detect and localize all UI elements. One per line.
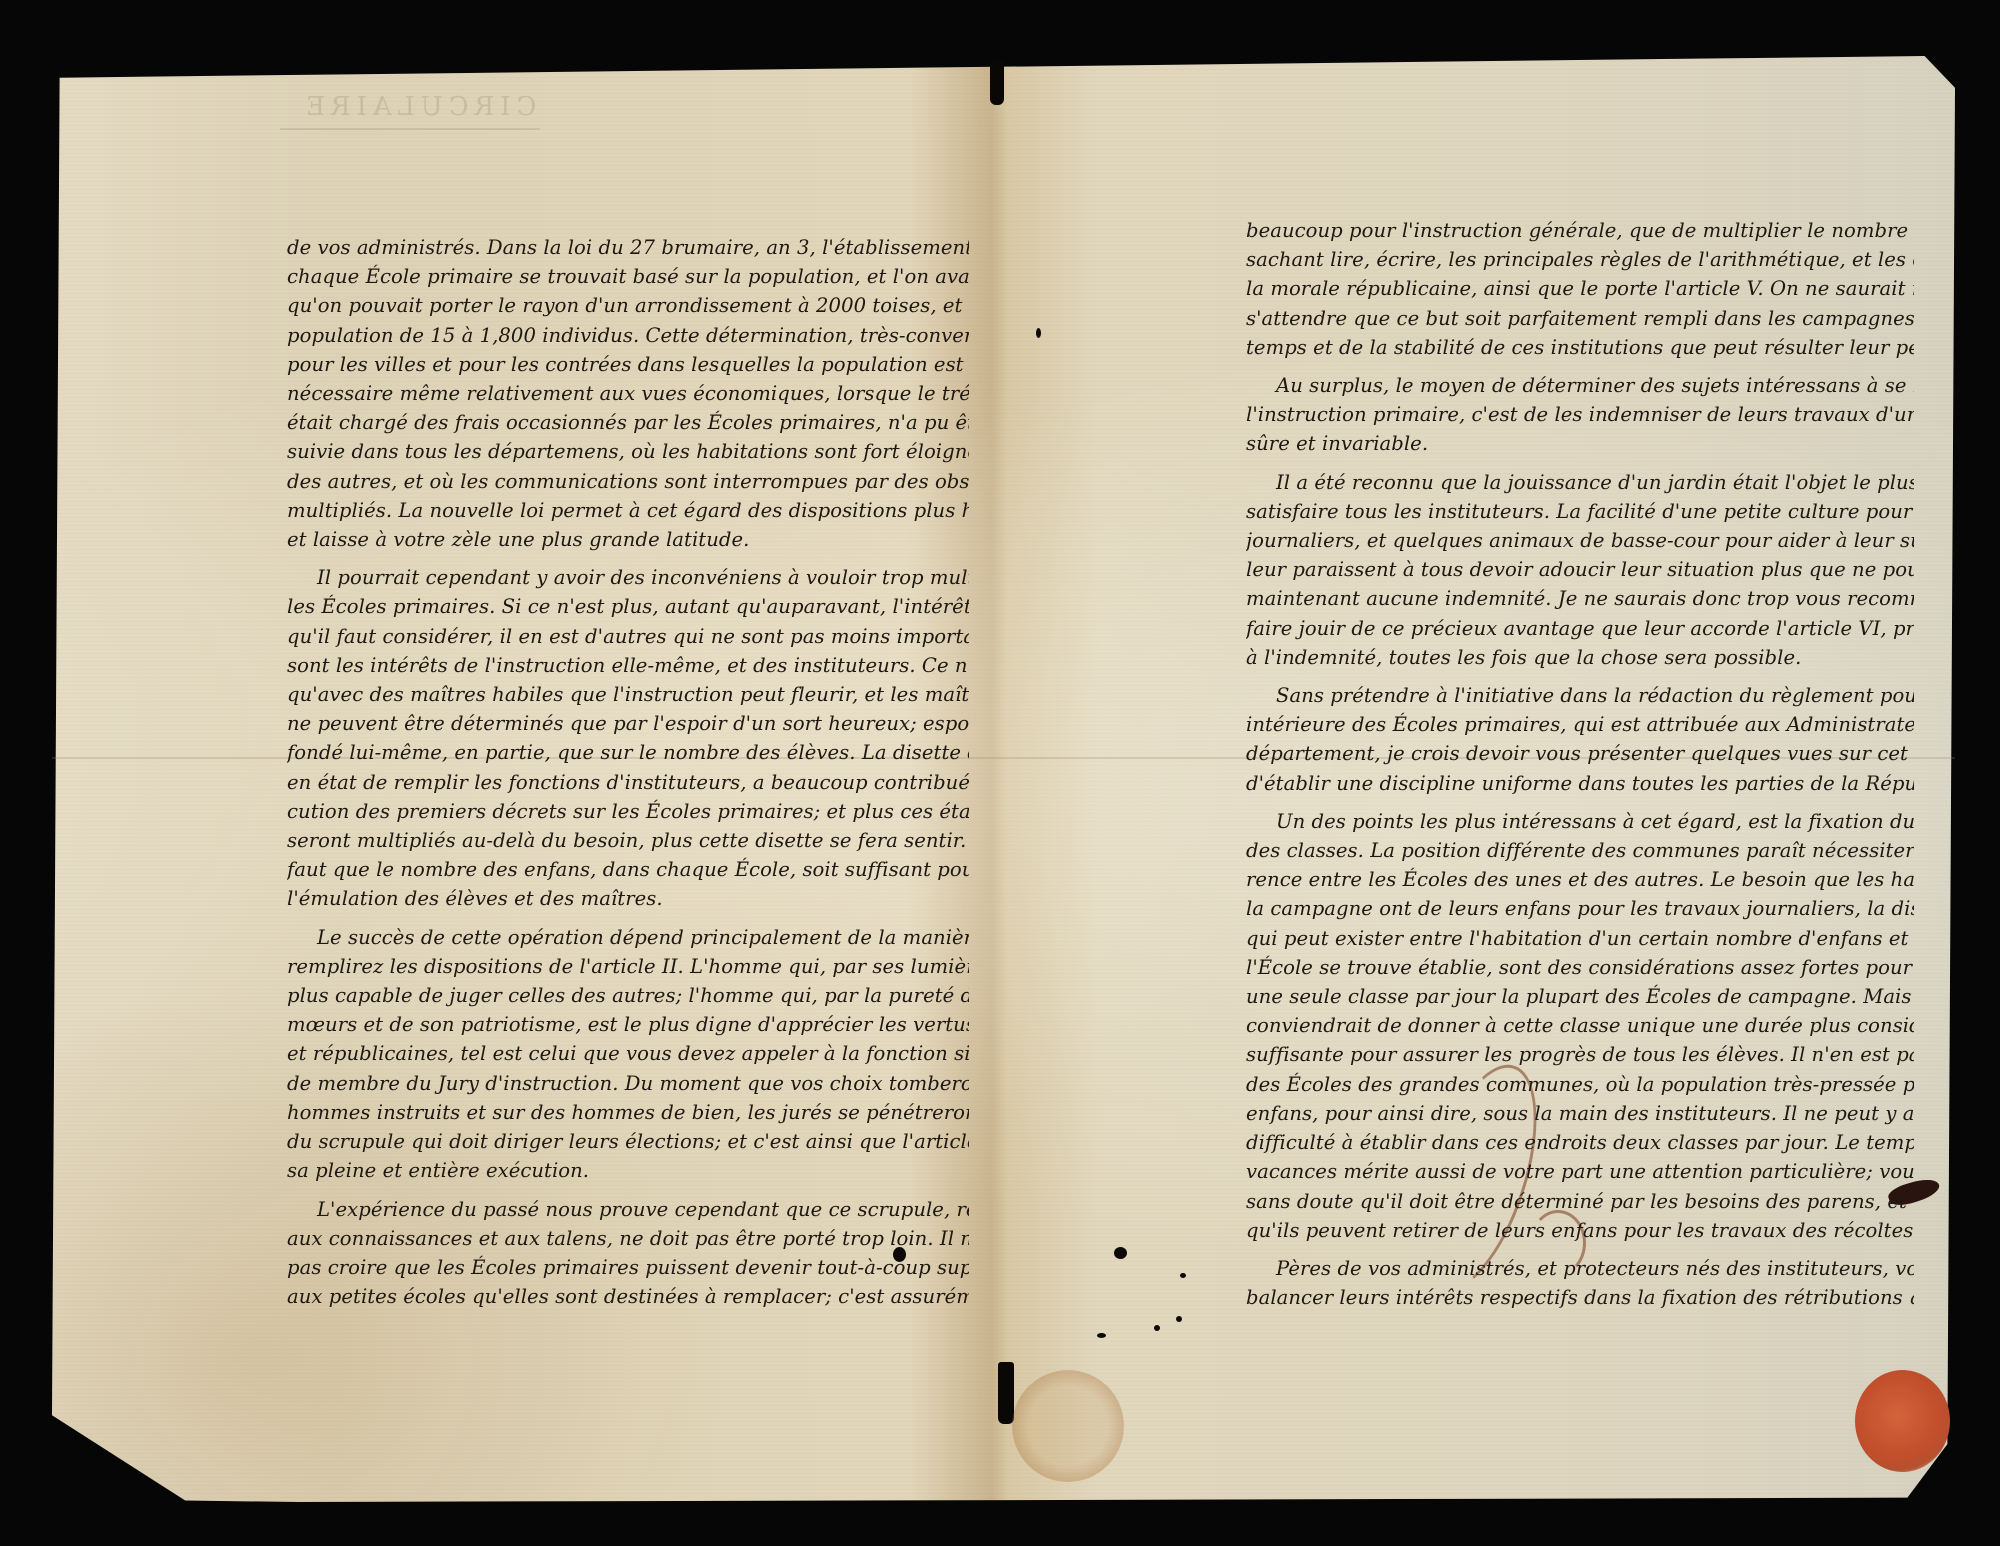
text-line: hommes instruits et sur des hommes de bi… [287,1098,969,1127]
text-line: maintenant aucune indemnité. Je ne saura… [1246,584,1914,613]
text-line: Au surplus, le moyen de déterminer des s… [1246,371,1914,400]
wormhole [1036,328,1041,338]
wormhole [1176,1316,1182,1322]
text-line: fondé lui-même, en partie, que sur le no… [287,738,969,767]
text-line: L'expérience du passé nous prouve cepend… [287,1195,969,1224]
text-line: pas croire que les Écoles primaires puis… [287,1253,969,1282]
paragraph: Au surplus, le moyen de déterminer des s… [1246,371,1914,459]
text-line: qu'ils peuvent retirer de leurs enfans p… [1246,1216,1914,1245]
gutter-tear-bottom [998,1362,1014,1424]
text-line: mœurs et de son patriotisme, est le plus… [287,1010,969,1039]
right-page-text: beaucoup pour l'instruction générale, qu… [1246,216,1914,1321]
paragraph: beaucoup pour l'instruction générale, qu… [1246,216,1914,362]
text-line: de vos administrés. Dans la loi du 27 br… [287,233,969,262]
text-line: des autres, et où les communications son… [287,467,969,496]
text-line: d'établir une discipline uniforme dans t… [1246,769,1914,798]
paragraph: L'expérience du passé nous prouve cepend… [287,1195,969,1312]
text-line: Pères de vos administrés, et protecteurs… [1246,1254,1914,1283]
text-line: multipliés. La nouvelle loi permet à cet… [287,496,969,525]
text-line: suffisante pour assurer les progrès de t… [1246,1040,1914,1069]
paragraph: Le succès de cette opération dépend prin… [287,923,969,1186]
text-line: les Écoles primaires. Si ce n'est plus, … [287,592,969,621]
paragraph: Un des points les plus intéressans à cet… [1246,807,1914,1245]
text-line: Le succès de cette opération dépend prin… [287,923,969,952]
text-line: suivie dans tous les départemens, où les… [287,437,969,466]
text-line: de membre du Jury d'instruction. Du mome… [287,1069,969,1098]
text-line: faire jouir de ce précieux avantage que … [1246,614,1914,643]
text-line: temps et de la stabilité de ces institut… [1246,333,1914,362]
text-line: et républicaines, tel est celui que vous… [287,1039,969,1068]
text-line: plus capable de juger celles des autres;… [287,981,969,1010]
text-line: des classes. La position différente des … [1246,836,1914,865]
wormhole [1114,1247,1127,1259]
text-line: sont les intérêts de l'instruction elle-… [287,651,969,680]
text-line: beaucoup pour l'instruction générale, qu… [1246,216,1914,245]
text-line: Un des points les plus intéressans à cet… [1246,807,1914,836]
text-line: des Écoles des grandes communes, où la p… [1246,1070,1914,1099]
text-line: département, je crois devoir vous présen… [1246,739,1914,768]
wormhole [1154,1325,1160,1331]
text-line: l'émulation des élèves et des maîtres. [287,884,969,913]
paragraph: Pères de vos administrés, et protecteurs… [1246,1254,1914,1312]
text-line: l'instruction primaire, c'est de les ind… [1246,400,1914,429]
text-line: sans doute qu'il doit être déterminé par… [1246,1187,1914,1216]
text-line: remplirez les dispositions de l'article … [287,952,969,981]
text-line: en état de remplir les fonctions d'insti… [287,768,969,797]
text-line: faut que le nombre des enfans, dans chaq… [287,855,969,884]
text-line: vacances mérite aussi de votre part une … [1246,1157,1914,1186]
text-line: une seule classe par jour la plupart des… [1246,982,1914,1011]
text-line: rence entre les Écoles des unes et des a… [1246,865,1914,894]
text-line: la morale républicaine, ainsi que le por… [1246,274,1914,303]
text-line: ne peuvent être déterminés que par l'esp… [287,709,969,738]
text-line: conviendrait de donner à cette classe un… [1246,1011,1914,1040]
text-line: enfans, pour ainsi dire, sous la main de… [1246,1099,1914,1128]
text-line: qu'avec des maîtres habiles que l'instru… [287,680,969,709]
wormhole [1097,1333,1106,1338]
text-line: qu'on pouvait porter le rayon d'un arron… [287,291,969,320]
text-line: intérieure des Écoles primaires, qui est… [1246,710,1914,739]
text-line: sûre et invariable. [1246,429,1914,458]
text-line: seront multipliés au-delà du besoin, plu… [287,826,969,855]
text-line: satisfaire tous les instituteurs. La fac… [1246,497,1914,526]
text-line: cution des premiers décrets sur les Écol… [287,797,969,826]
text-line: population de 15 à 1,800 individus. Cett… [287,321,969,350]
text-line: était chargé des frais occasionnés par l… [287,408,969,437]
wormhole [1180,1273,1186,1278]
text-line: s'attendre que ce but soit parfaitement … [1246,304,1914,333]
text-line: qui peut exister entre l'habitation d'un… [1246,924,1914,953]
text-line: difficulté à établir dans ces endroits d… [1246,1128,1914,1157]
text-line: Il a été reconnu que la jouissance d'un … [1246,468,1914,497]
text-line: sachant lire, écrire, les principales rè… [1246,245,1914,274]
paragraph: Sans prétendre à l'initiative dans la ré… [1246,681,1914,798]
text-line: journaliers, et quelques animaux de bass… [1246,526,1914,555]
text-line: et laisse à votre zèle une plus grande l… [287,525,969,554]
text-line: chaque École primaire se trouvait basé s… [287,262,969,291]
text-line: à l'indemnité, toutes les fois que la ch… [1246,643,1914,672]
text-line: aux petites écoles qu'elles sont destiné… [287,1282,969,1311]
text-line: balancer leurs intérêts respectifs dans … [1246,1283,1914,1312]
text-line: la campagne ont de leurs enfans pour les… [1246,894,1914,923]
text-line: l'École se trouve établie, sont des cons… [1246,953,1914,982]
text-line: Sans prétendre à l'initiative dans la ré… [1246,681,1914,710]
text-line: leur paraissent à tous devoir adoucir le… [1246,555,1914,584]
text-line: pour les villes et pour les contrées dan… [287,350,969,379]
showthrough-rule [280,128,540,130]
red-wax-seal [1855,1370,1950,1472]
round-stain-gutter [1012,1370,1124,1482]
showthrough-header: CIRCULAIRE [300,92,536,122]
left-page-text: de vos administrés. Dans la loi du 27 br… [287,233,969,1320]
text-line: qu'il faut considérer, il en est d'autre… [287,622,969,651]
text-line: Il pourrait cependant y avoir des inconv… [287,563,969,592]
paragraph: Il a été reconnu que la jouissance d'un … [1246,468,1914,672]
paragraph: de vos administrés. Dans la loi du 27 br… [287,233,969,554]
paragraph: Il pourrait cependant y avoir des inconv… [287,563,969,913]
text-line: nécessaire même relativement aux vues éc… [287,379,969,408]
text-line: aux connaissances et aux talens, ne doit… [287,1224,969,1253]
gutter-tear-top [990,60,1004,105]
text-line: sa pleine et entière exécution. [287,1156,969,1185]
text-line: du scrupule qui doit diriger leurs élect… [287,1127,969,1156]
